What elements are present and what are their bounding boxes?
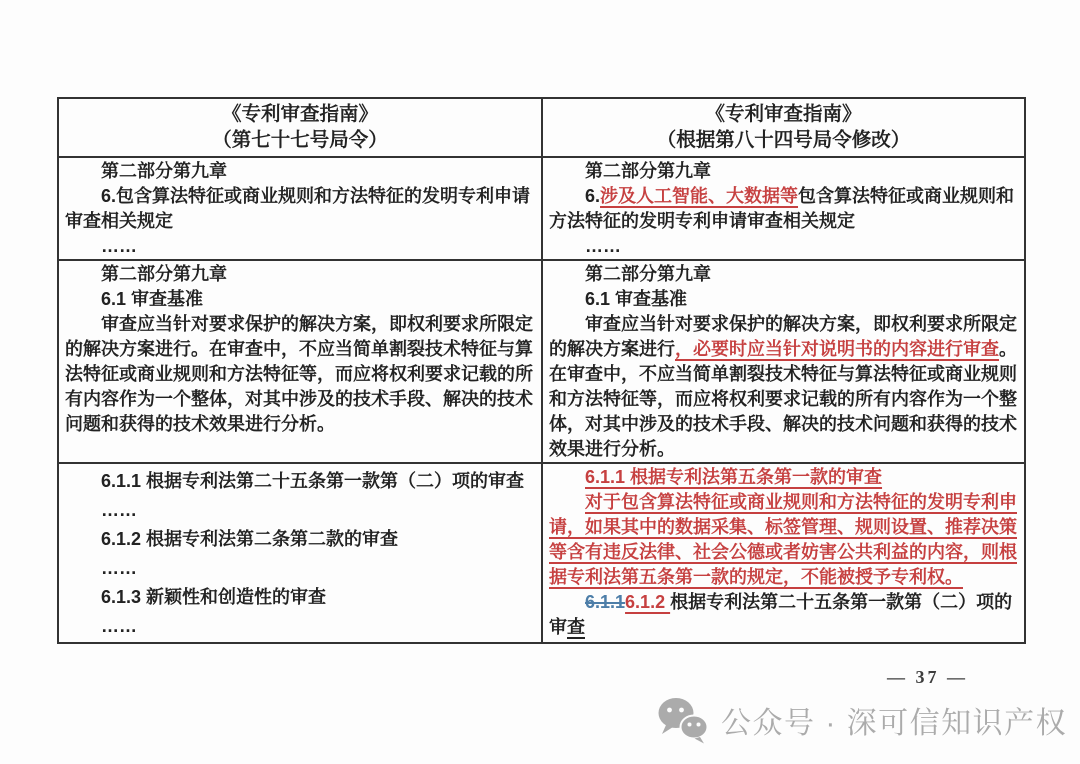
page-number: — 37 —: [887, 667, 968, 688]
deleted-text-segment: 6.1.1: [585, 592, 625, 612]
added-text-segment: 对于包含算法特征或商业规则和方法特征的发明专利申请，如果其中的数据采集、标签管理…: [549, 492, 1017, 587]
paragraph: 第二部分第九章: [549, 262, 1018, 287]
watermark-text: 公众号 · 深可信知识产权: [721, 698, 1067, 742]
row2-old-text-cell: 第二部分第九章 6.1 审查基准 审查应当针对要求保护的解决方案，即权利要求所限…: [59, 261, 543, 462]
paragraph-with-revision: 审查应当针对要求保护的解决方案，即权利要求所限定的解决方案进行，必要时应当针对说…: [549, 312, 1018, 462]
ellipsis: ……: [65, 554, 535, 583]
ellipsis: ……: [65, 496, 535, 525]
table-header-row: 《专利审查指南》 （第七十七号局令） 《专利审查指南》 （根据第八十四号局令修改…: [59, 99, 1024, 156]
added-paragraph: 对于包含算法特征或商业规则和方法特征的发明专利申请，如果其中的数据采集、标签管理…: [549, 490, 1018, 590]
table-row: 第二部分第九章 6.包含算法特征或商业规则和方法特征的发明专利申请审查相关规定 …: [59, 156, 1024, 259]
row2-new-text-cell: 第二部分第九章 6.1 审查基准 审查应当针对要求保护的解决方案，即权利要求所限…: [543, 261, 1024, 462]
added-text-segment: 涉及人工智能、大数据等: [600, 186, 798, 206]
watermark: 公众号 · 深可信知识产权: [655, 696, 1067, 744]
paragraph: 第二部分第九章: [549, 159, 1018, 184]
paragraph-with-revision: 6.涉及人工智能、大数据等包含算法特征或商业规则和方法特征的发明专利申请审查相关…: [549, 184, 1018, 234]
row3-new-text-cell: 6.1.1 根据专利法第五条第一款的审查 对于包含算法特征或商业规则和方法特征的…: [543, 464, 1024, 642]
new-version-title: 《专利审查指南》: [549, 102, 1018, 128]
section-heading: 6.1 审查基准: [549, 287, 1018, 312]
ellipsis: ……: [65, 612, 535, 641]
scanned-document-page: 《专利审查指南》 （第七十七号局令） 《专利审查指南》 （根据第八十四号局令修改…: [0, 0, 1080, 764]
row3-old-text-cell: 6.1.1 根据专利法第二十五条第一款第（二）项的审查 …… 6.1.2 根据专…: [59, 464, 543, 642]
table-row: 第二部分第九章 6.1 审查基准 审查应当针对要求保护的解决方案，即权利要求所限…: [59, 259, 1024, 462]
paragraph: 第二部分第九章: [65, 262, 535, 287]
paragraph: 审查应当针对要求保护的解决方案，即权利要求所限定的解决方案进行。在审查中，不应当…: [65, 312, 535, 437]
header-cell-old-version: 《专利审查指南》 （第七十七号局令）: [59, 99, 543, 156]
old-version-subtitle: （第七十七号局令）: [65, 128, 535, 154]
ellipsis: ……: [549, 234, 1018, 259]
new-version-subtitle: （根据第八十四号局令修改）: [549, 128, 1018, 154]
paragraph: 第二部分第九章: [65, 159, 535, 184]
wechat-icon: [655, 696, 711, 744]
underlined-text-segment: 查: [567, 617, 585, 637]
old-version-title: 《专利审查指南》: [65, 102, 535, 128]
section-heading: 6.1 审查基准: [65, 287, 535, 312]
paragraph-with-revision: 6.1.16.1.2 根据专利法第二十五条第一款第（二）项的审查: [549, 590, 1018, 640]
added-text-segment: 6.1.1 根据专利法第五条第一款的审查: [585, 467, 882, 487]
ellipsis: ……: [65, 234, 535, 259]
section-heading: 6.1.3 新颖性和创造性的审查: [65, 583, 535, 612]
added-text-segment: 6.1.2: [625, 592, 670, 612]
section-heading: 6.1.1 根据专利法第二十五条第一款第（二）项的审查: [65, 467, 535, 496]
row1-new-text-cell: 第二部分第九章 6.涉及人工智能、大数据等包含算法特征或商业规则和方法特征的发明…: [543, 158, 1024, 259]
table-row: 6.1.1 根据专利法第二十五条第一款第（二）项的审查 …… 6.1.2 根据专…: [59, 462, 1024, 642]
section-heading: 6.1.2 根据专利法第二条第二款的审查: [65, 525, 535, 554]
text-segment: 6.: [585, 186, 600, 206]
added-text-segment: ，必要时应当针对说明书的内容进行审查: [675, 339, 999, 359]
guideline-comparison-table: 《专利审查指南》 （第七十七号局令） 《专利审查指南》 （根据第八十四号局令修改…: [57, 97, 1026, 644]
row1-old-text-cell: 第二部分第九章 6.包含算法特征或商业规则和方法特征的发明专利申请审查相关规定 …: [59, 158, 543, 259]
added-section-heading: 6.1.1 根据专利法第五条第一款的审查: [549, 465, 1018, 490]
paragraph: 6.包含算法特征或商业规则和方法特征的发明专利申请审查相关规定: [65, 184, 535, 234]
header-cell-new-version: 《专利审查指南》 （根据第八十四号局令修改）: [543, 99, 1024, 156]
